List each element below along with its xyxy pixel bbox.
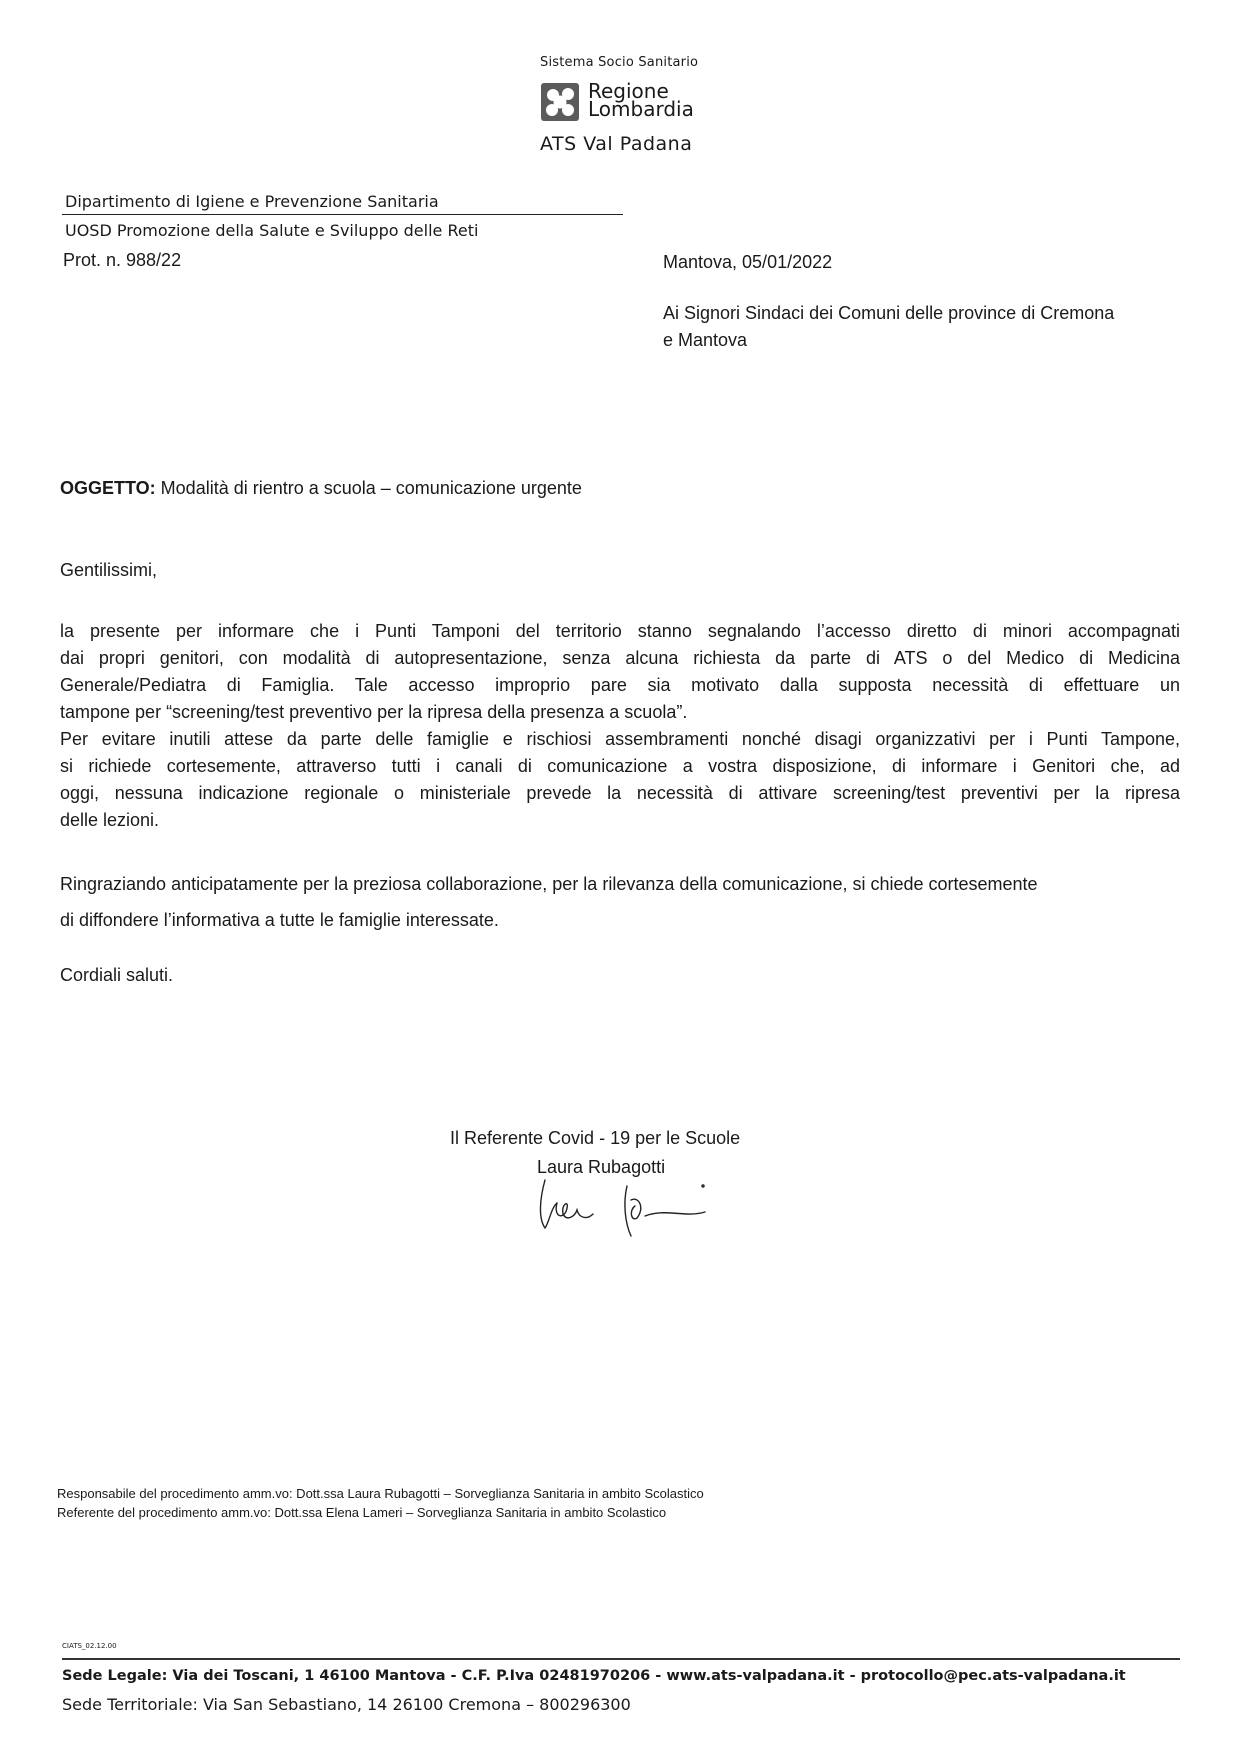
body-line: Per evitare inutili attese da parte dell… <box>60 726 1180 753</box>
body-line: dai propri genitori, con modalità di aut… <box>60 645 1180 672</box>
unit-name: UOSD Promozione della Salute e Sviluppo … <box>65 221 478 240</box>
document-code: CIATS_02.12.00 <box>62 1642 117 1650</box>
referent-line: Referente del procedimento amm.vo: Dott.… <box>57 1503 704 1522</box>
signatory-role: Il Referente Covid - 19 per le Scuole <box>450 1128 740 1149</box>
agency-name: ATS Val Padana <box>540 133 692 155</box>
subject: OGGETTO: Modalità di rientro a scuola – … <box>60 478 582 499</box>
region-line2: Lombardia <box>588 100 694 118</box>
subject-label: OGGETTO: <box>60 478 156 498</box>
responsible-line: Responsabile del procedimento amm.vo: Do… <box>57 1484 704 1503</box>
closing: Cordiali saluti. <box>60 965 173 986</box>
body-line: la presente per informare che i Punti Ta… <box>60 618 1180 645</box>
addressee-line2: e Mantova <box>663 327 1203 354</box>
regione-lombardia-cross-icon <box>541 83 579 121</box>
body-line: delle lezioni. <box>60 807 1180 834</box>
signatory-name: Laura Rubagotti <box>537 1157 665 1178</box>
place-date: Mantova, 05/01/2022 <box>663 252 832 273</box>
department-divider <box>62 214 623 215</box>
body-line: tampone per “screening/test preventivo p… <box>60 699 1180 726</box>
body-line: si richiede cortesemente, attraverso tut… <box>60 753 1180 780</box>
system-label: Sistema Socio Sanitario <box>540 55 698 70</box>
legal-seat: Sede Legale: Via dei Toscani, 1 46100 Ma… <box>62 1668 1126 1684</box>
greeting: Gentilissimi, <box>60 560 157 581</box>
handwritten-signature-icon <box>535 1178 735 1243</box>
territorial-seat: Sede Territoriale: Via San Sebastiano, 1… <box>62 1695 631 1714</box>
department-name: Dipartimento di Igiene e Prevenzione San… <box>65 192 439 211</box>
body-line: Generale/Pediatra di Famiglia. Tale acce… <box>60 672 1180 699</box>
procedure-responsibles: Responsabile del procedimento amm.vo: Do… <box>57 1484 704 1522</box>
body-line: oggi, nessuna indicazione regionale o mi… <box>60 780 1180 807</box>
region-name: Regione Lombardia <box>588 82 694 118</box>
addressee: Ai Signori Sindaci dei Comuni delle prov… <box>663 300 1203 354</box>
footer-divider <box>62 1658 1180 1660</box>
body-paragraph-1: la presente per informare che i Punti Ta… <box>60 618 1180 834</box>
body-line: Ringraziando anticipatamente per la prez… <box>60 866 1180 902</box>
body-paragraph-2: Ringraziando anticipatamente per la prez… <box>60 866 1180 938</box>
subject-text: Modalità di rientro a scuola – comunicaz… <box>156 478 582 498</box>
body-line: di diffondere l’informativa a tutte le f… <box>60 902 1180 938</box>
addressee-line1: Ai Signori Sindaci dei Comuni delle prov… <box>663 300 1203 327</box>
protocol-number: Prot. n. 988/22 <box>63 250 181 271</box>
